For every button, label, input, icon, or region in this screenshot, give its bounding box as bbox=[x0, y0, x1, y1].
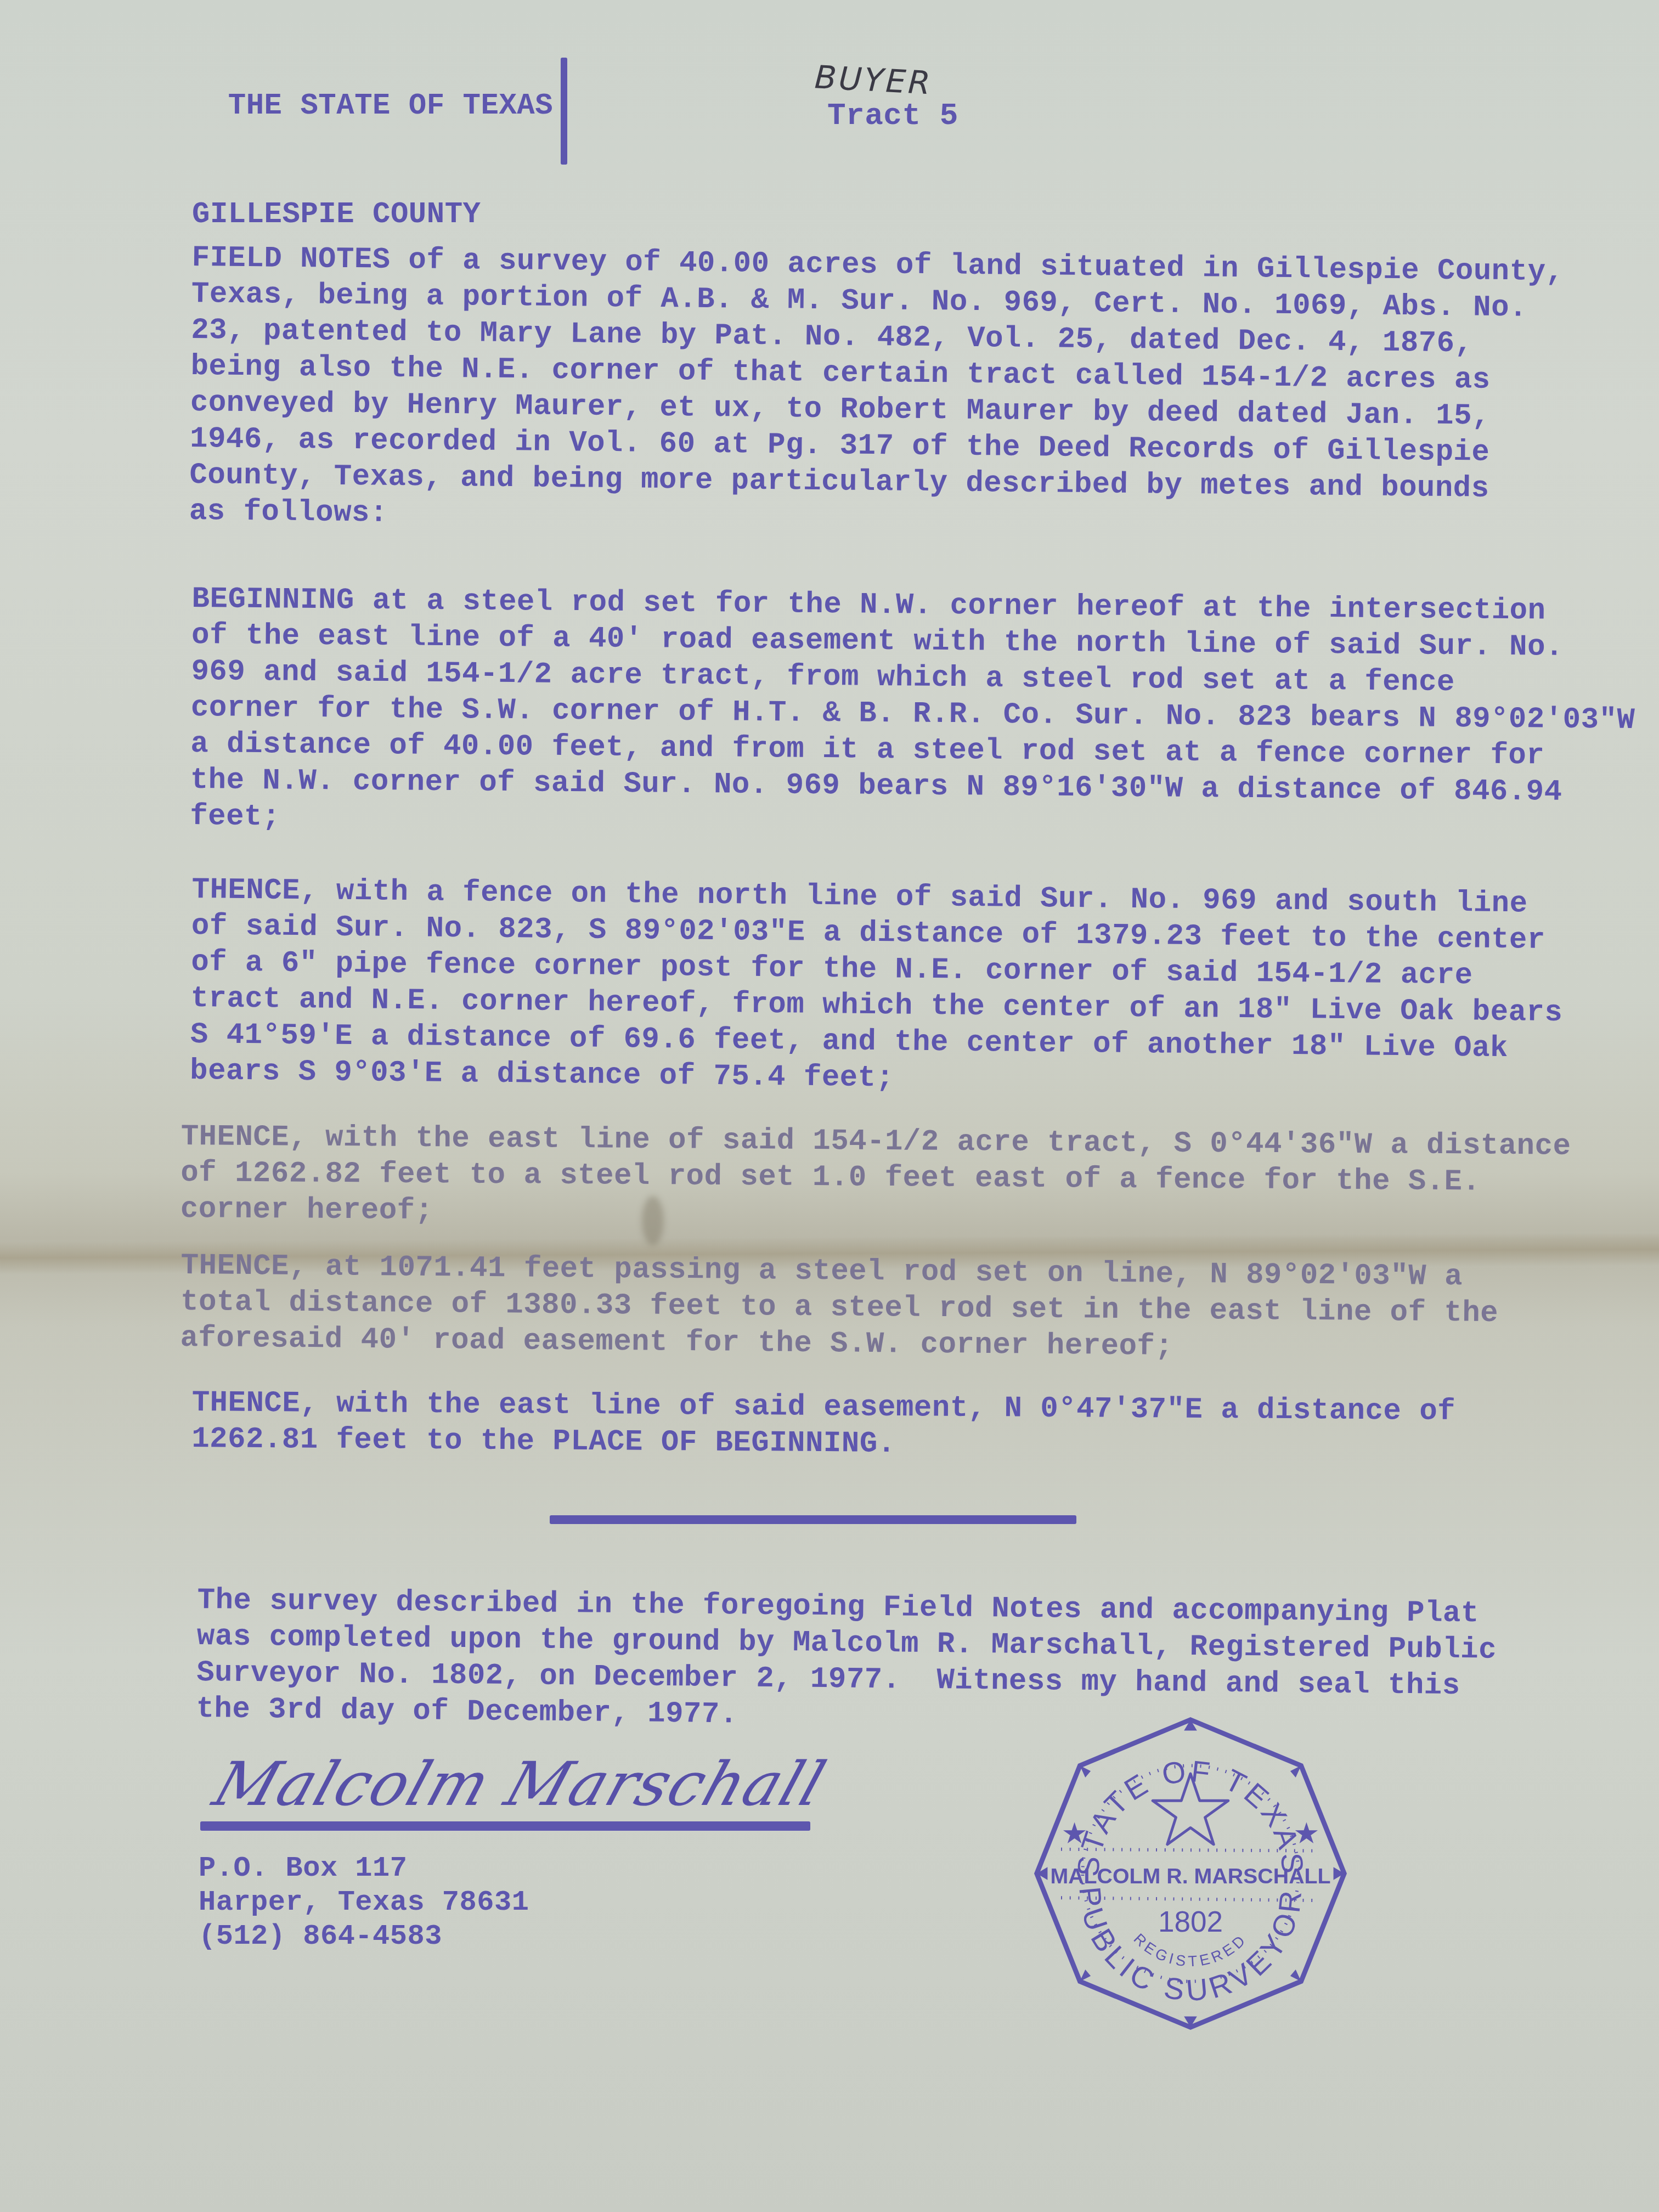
field-notes-beginning: BEGINNING at a steel rod set for the N.W… bbox=[190, 582, 1636, 848]
header-jurisdiction: THE STATE OF TEXAS GILLESPIE COUNTY bbox=[192, 52, 553, 269]
svg-text:STATE OF TEXAS: STATE OF TEXAS bbox=[1071, 1754, 1310, 1878]
handwritten-buyer-note: BUYER bbox=[814, 58, 933, 101]
surveyor-address: P.O. Box 117Harper, Texas 78631(512) 864… bbox=[199, 1852, 529, 1954]
field-notes-thence-south-line: THENCE, at 1071.41 feet passing a steel … bbox=[180, 1248, 1499, 1368]
field-notes-thence-east-line: THENCE, with the east line of said 154-1… bbox=[180, 1119, 1571, 1238]
svg-text:PUBLIC SURVEYOR: PUBLIC SURVEYOR bbox=[1073, 1885, 1308, 2007]
section-divider-rule bbox=[550, 1515, 1076, 1524]
seal-registration-number: 1802 bbox=[1158, 1906, 1223, 1938]
field-notes-thence-easement: THENCE, with the east line of said easem… bbox=[191, 1385, 1455, 1466]
seal-graphic: STATE OF TEXAS PUBLIC SURVEYOR REGISTERE… bbox=[1023, 1712, 1358, 2035]
field-notes-thence-north-line: THENCE, with a fence on the north line o… bbox=[190, 872, 1564, 1104]
seal-bottom-text: PUBLIC SURVEYOR bbox=[1073, 1885, 1308, 2007]
signature-line bbox=[200, 1821, 810, 1831]
header-county: GILLESPIE COUNTY bbox=[192, 197, 553, 233]
seal-top-text: STATE OF TEXAS bbox=[1071, 1754, 1310, 1878]
text-line: P.O. Box 117 bbox=[199, 1852, 529, 1886]
text-line: (512) 864-4583 bbox=[199, 1920, 529, 1954]
text-line: Harper, Texas 78631 bbox=[199, 1886, 529, 1920]
tract-label: Tract 5 bbox=[827, 98, 958, 134]
surveyor-signature: Malcolm Marschall bbox=[205, 1749, 834, 1819]
header-state: THE STATE OF TEXAS bbox=[228, 89, 553, 123]
seal-surveyor-name: MALCOLM R. MARSCHALL bbox=[1050, 1864, 1330, 1888]
field-notes-intro: FIELD NOTES of a survey of 40.00 acres o… bbox=[189, 240, 1564, 544]
surveyor-seal: STATE OF TEXAS PUBLIC SURVEYOR REGISTERE… bbox=[1023, 1712, 1358, 2035]
header-divider bbox=[561, 58, 567, 165]
